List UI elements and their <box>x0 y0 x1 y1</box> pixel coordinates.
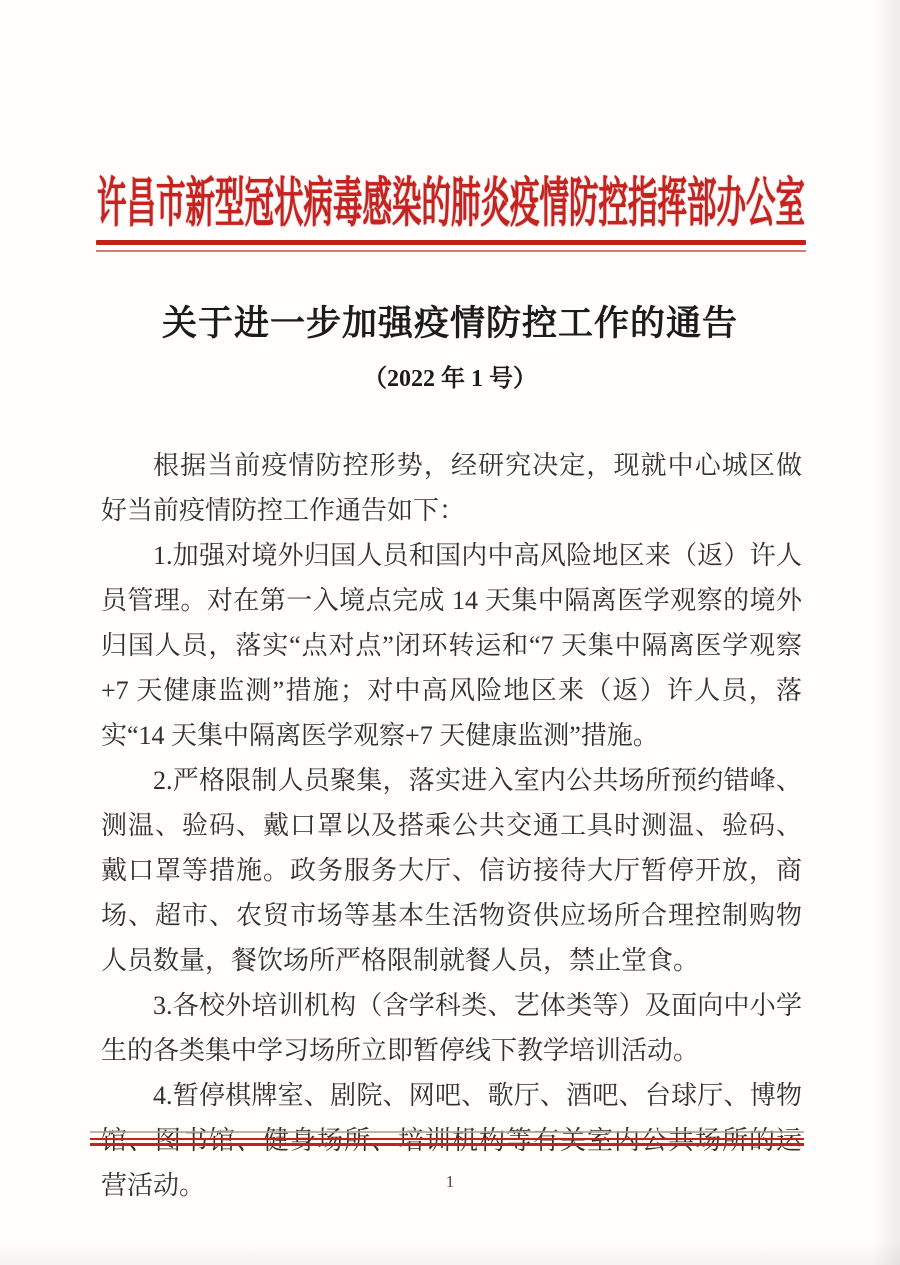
paragraph-item-3: 3.各校外培训机构（含学科类、艺体类等）及面向中小学生的各类集中学习场所立即暂停… <box>101 983 802 1073</box>
letterhead-org-name: 许昌市新型冠状病毒感染的肺炎疫情防控指挥部办公室 <box>97 161 805 237</box>
letterhead: 许昌市新型冠状病毒感染的肺炎疫情防控指挥部办公室 <box>96 156 806 242</box>
page-number: 1 <box>0 1172 900 1192</box>
footer-separator-red-thick-line <box>90 1143 804 1146</box>
document-page: 许昌市新型冠状病毒感染的肺炎疫情防控指挥部办公室 关于进一步加强疫情防控工作的通… <box>0 0 900 1265</box>
paragraph-item-2: 2.严格限制人员聚集，落实进入室内公共场所预约错峰、测温、验码、戴口罩以及搭乘公… <box>101 758 802 983</box>
footer-separator-tan-line <box>90 1131 804 1133</box>
notice-doc-number: （2022 年 1 号） <box>0 358 900 393</box>
letterhead-separator <box>96 240 806 252</box>
notice-body: 根据当前疫情防控形势，经研究决定，现就中心城区做好当前疫情防控工作通告如下： 1… <box>101 443 802 1208</box>
paragraph-item-1: 1.加强对境外归国人员和国内中高风险地区来（返）许人员管理。对在第一入境点完成 … <box>101 533 802 758</box>
paragraph-intro: 根据当前疫情防控形势，经研究决定，现就中心城区做好当前疫情防控工作通告如下： <box>101 443 802 533</box>
notice-title: 关于进一步加强疫情防控工作的通告 <box>0 296 900 346</box>
separator-thin-line <box>96 250 806 252</box>
footer-separator <box>90 1131 804 1146</box>
